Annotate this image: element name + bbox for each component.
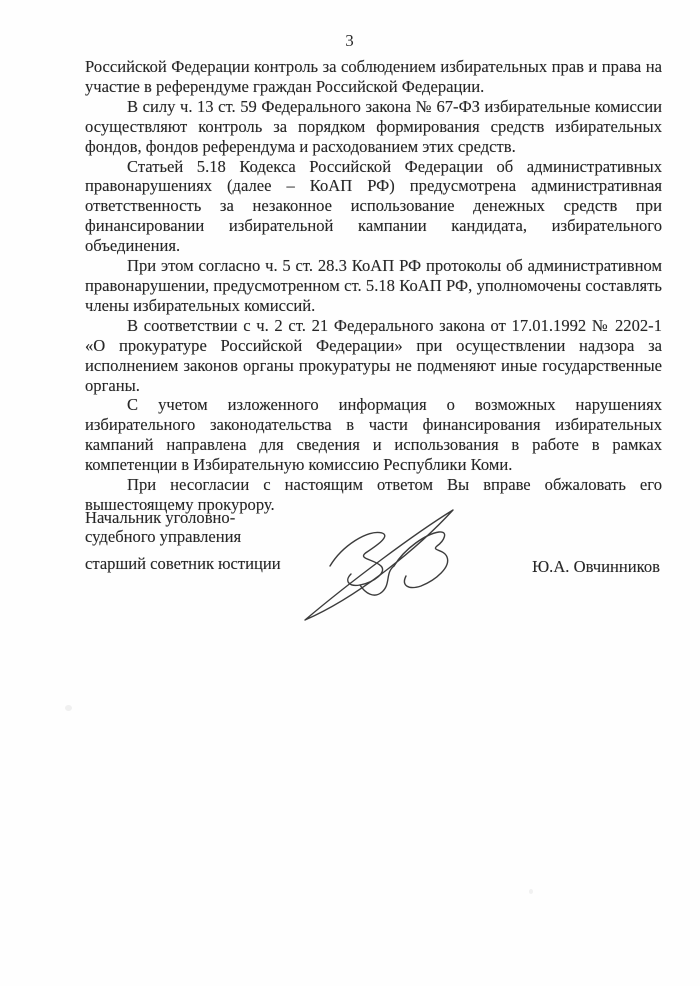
document-page: 3 Российской Федерации контроль за соблю… [0,0,700,986]
page-number: 3 [0,31,700,51]
scan-artifact [65,705,72,711]
signatory-name: Ю.А. Овчинников [440,557,660,577]
paragraph: В соответствии с ч. 2 ст. 21 Федеральног… [85,316,662,396]
paragraph: При этом согласно ч. 5 ст. 28.3 КоАП РФ … [85,256,662,316]
document-body: Российской Федерации контроль за соблюде… [85,57,662,515]
paragraph: Статьей 5.18 Кодекса Российской Федераци… [85,157,662,257]
paragraph: Российской Федерации контроль за соблюде… [85,57,662,97]
scan-artifact [529,889,533,894]
paragraph: С учетом изложенного информация о возмож… [85,395,662,475]
paragraph: В силу ч. 13 ст. 59 Федерального закона … [85,97,662,157]
